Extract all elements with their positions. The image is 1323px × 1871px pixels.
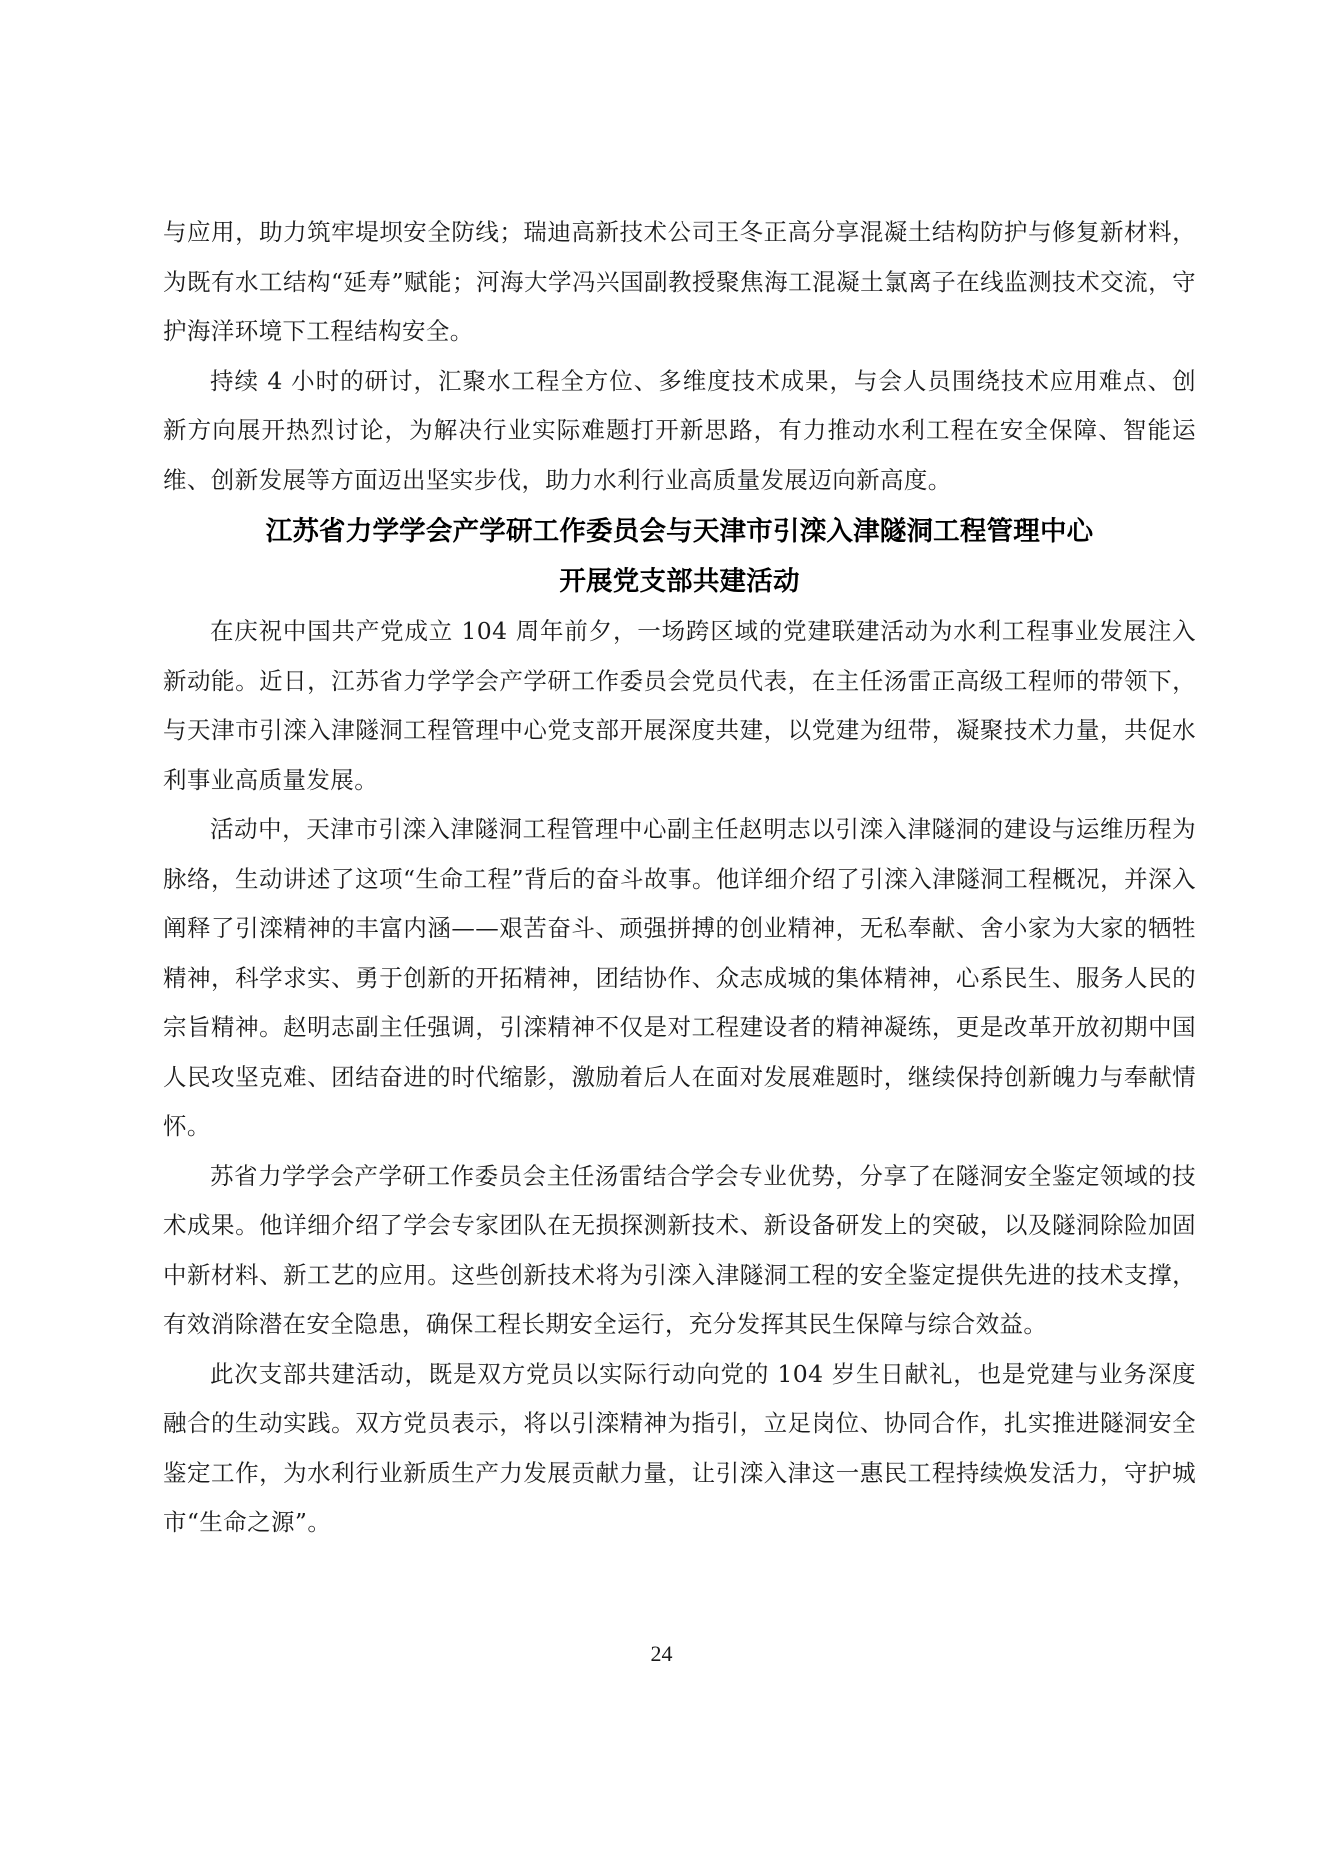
summary-paragraph: 持续 4 小时的研讨，汇聚水工程全方位、多维度技术成果，与会人员围绕技术应用难点… [163, 357, 1196, 506]
article-paragraph-2: 活动中，天津市引滦入津隧洞工程管理中心副主任赵明志以引滦入津隧洞的建设与运维历程… [163, 805, 1196, 1152]
article-paragraph-1: 在庆祝中国共产党成立 104 周年前夕，一场跨区域的党建联建活动为水利工程事业发… [163, 607, 1196, 805]
continuation-paragraph: 与应用，助力筑牢堤坝安全防线；瑞迪高新技术公司王冬正高分享混凝土结构防护与修复新… [163, 208, 1196, 357]
article-title-line-2: 开展党支部共建活动 [163, 557, 1196, 607]
page-number: 24 [0, 1641, 1323, 1667]
article-paragraph-4: 此次支部共建活动，既是双方党员以实际行动向党的 104 岁生日献礼，也是党建与业… [163, 1350, 1196, 1548]
document-page: 与应用，助力筑牢堤坝安全防线；瑞迪高新技术公司王冬正高分享混凝土结构防护与修复新… [163, 208, 1196, 1548]
article-title-line-1: 江苏省力学学会产学研工作委员会与天津市引滦入津隧洞工程管理中心 [163, 507, 1196, 557]
article-paragraph-3: 苏省力学学会产学研工作委员会主任汤雷结合学会专业优势，分享了在隧洞安全鉴定领域的… [163, 1152, 1196, 1350]
